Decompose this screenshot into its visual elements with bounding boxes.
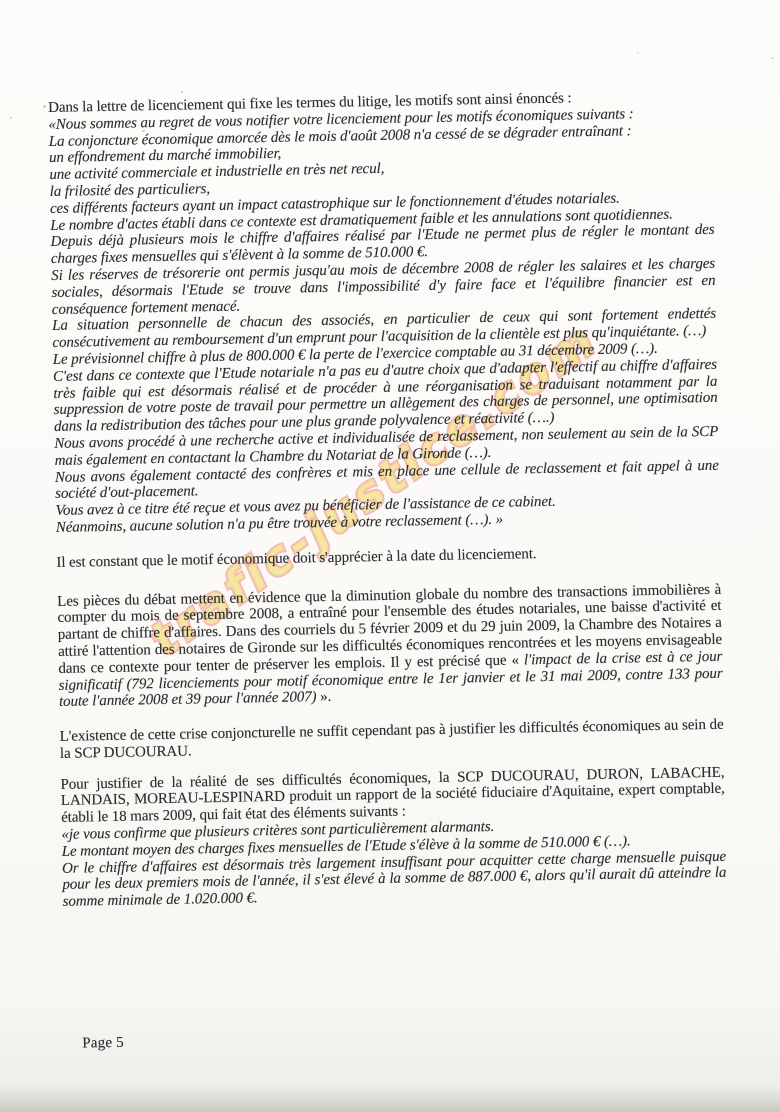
page-number: Page 5 <box>82 1035 124 1053</box>
scan-artifact-dot <box>144 144 146 146</box>
accountant-report-quote: «je vous confirme que plusieurs critères… <box>61 815 726 911</box>
existence-paragraph: L'existence de cette crise conjoncturell… <box>60 717 725 763</box>
scan-artifact-dot <box>181 91 183 93</box>
scanned-document-page: trafic-justice.com Dans la lettre de lic… <box>0 0 780 1112</box>
scan-artifact-dot <box>637 52 639 54</box>
document-body: Dans la lettre de licenciement qui fixe … <box>48 88 727 911</box>
scan-artifact-dot <box>771 57 774 59</box>
scan-artifact-dot <box>142 130 145 132</box>
evidence-paragraph: Les pièces du débat mettent en évidence … <box>57 581 723 711</box>
letter-paragraph: C'est dans ce contexte que l'Etude notar… <box>53 357 718 436</box>
scan-artifact-dot <box>10 117 12 119</box>
scan-artifact-dot <box>43 105 46 108</box>
dismissal-letter-quote: «Nous sommes au regret de vous notifier … <box>48 105 720 537</box>
constant-principle-paragraph: Il est constant que le motif économique … <box>56 542 720 571</box>
quote-closing-mark: ». <box>320 689 331 705</box>
